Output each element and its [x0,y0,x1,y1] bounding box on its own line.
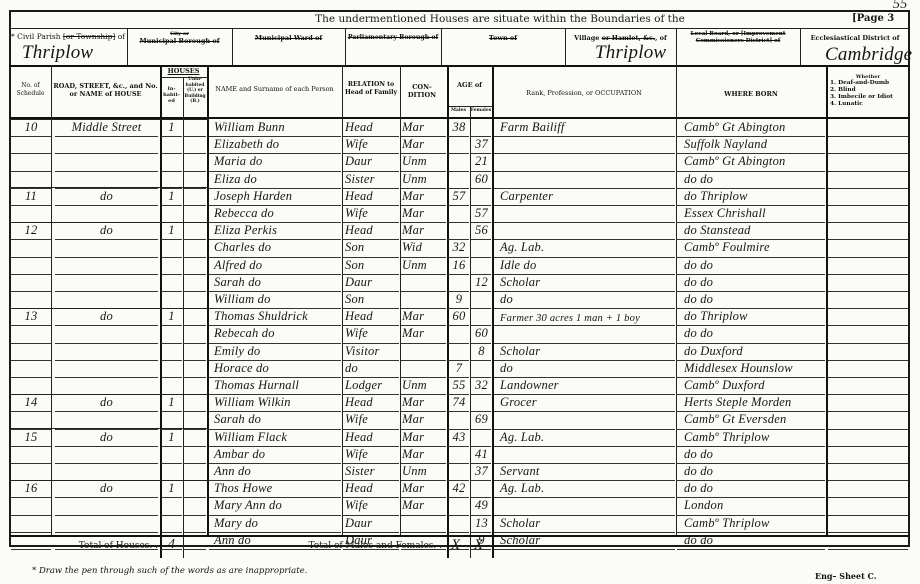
marital-condition: Unm [402,153,446,170]
person-name: Mary do [214,515,341,532]
houses-inhabited [161,515,182,532]
houses-inhabited: 1 [161,308,182,325]
marital-condition: Unm [402,257,446,274]
age-female: 8 [471,343,492,360]
age-female: 69 [471,411,492,428]
occupation: do [500,360,675,377]
person-name: Thomas Shuldrick [214,308,341,325]
houses-inhabited: 1 [161,429,182,446]
row-rule [828,325,908,326]
houses-inhabited [161,205,182,222]
age-female: 21 [471,153,492,170]
row-rule [184,463,206,464]
person-name: William Flack [214,429,341,446]
schedule-number [12,497,50,514]
col-header-road: ROAD, STREET, &c., and No. or NAME of HO… [51,82,160,98]
road-street: do [55,188,158,205]
where-born: do Stanstead [684,222,825,239]
age-female: 49 [471,497,492,514]
row-rule [828,171,908,172]
row-rule [184,515,206,516]
total-houses-value: 4 [168,537,175,553]
row-rule [677,549,825,550]
age-male: 57 [448,188,470,205]
person-name: Joseph Harden [214,188,341,205]
occupation [500,136,675,153]
road-street [55,291,158,308]
age-male: 32 [448,239,470,256]
relation-to-head: Daur [345,515,399,532]
houses-inhabited [161,463,182,480]
marital-condition: Unm [402,463,446,480]
schedule-number [12,274,50,291]
where-born: do do [684,480,825,497]
relation-to-head: Son [345,239,399,256]
age-male [448,171,470,188]
marital-condition [402,360,446,377]
where-born: Herts Steple Morden [684,394,825,411]
schedule-number [12,325,50,342]
schedule-number [12,446,50,463]
age-male: 42 [448,480,470,497]
age-male: 38 [448,119,470,136]
marital-condition [402,515,446,532]
age-male: 7 [448,360,470,377]
relation-to-head: Wife [345,136,399,153]
row-rule [828,153,908,154]
row-rule [184,343,206,344]
age-female: 32 [471,377,492,394]
row-rule [184,274,206,275]
occupation [500,153,675,170]
houses-inhabited [161,343,182,360]
road-street [55,274,158,291]
age-male: 74 [448,394,470,411]
schedule-number [12,291,50,308]
person-name: Alfred do [214,257,341,274]
where-born: Cambº Gt Eversden [684,411,825,428]
age-male [448,463,470,480]
road-street: Middle Street [55,119,158,136]
row-rule [828,532,908,533]
person-name: Mary Ann do [214,497,341,514]
age-male: 43 [448,429,470,446]
occupation: Ag. Lab. [500,429,675,446]
age-female [471,480,492,497]
marital-condition: Unm [402,171,446,188]
schedule-divider [9,428,209,429]
schedule-number [12,343,50,360]
row-rule [184,446,206,447]
schedule-number [12,205,50,222]
age-male [448,274,470,291]
where-born: Cambº Gt Abington [684,119,825,136]
person-name: Eliza do [214,171,341,188]
road-street: do [55,429,158,446]
marital-condition: Mar [402,325,446,342]
row-rule [828,463,908,464]
where-born: Cambº Thriplow [684,429,825,446]
schedule-divider [9,187,209,188]
civil-parish-value: Thriplow [22,42,93,64]
schedule-number: 11 [12,188,50,205]
age-male [448,515,470,532]
schedule-number: 16 [12,480,50,497]
schedule-number: 15 [12,429,50,446]
schedule-number: 14 [12,394,50,411]
person-name: Thos Howe [214,480,341,497]
schedule-divider [9,308,209,309]
schedule-number: 13 [12,308,50,325]
marital-condition: Mar [402,394,446,411]
person-name: Charles do [214,239,341,256]
age-female: 13 [471,515,492,532]
occupation [500,205,675,222]
where-born: Essex Chrishall [684,205,825,222]
marital-condition: Mar [402,136,446,153]
boundary-parliamentary-borough: Parliamentary Borough of [345,34,441,42]
schedule-number [12,153,50,170]
col-header-where-born: WHERE BORN [676,90,826,98]
schedule-number [12,360,50,377]
col-header-inhabited: In-habit-ed [160,86,183,104]
age-female [471,429,492,446]
col-header-name: NAME and Surname of each Person [207,85,342,93]
marital-condition: Mar [402,308,446,325]
person-name: Emily do [214,343,341,360]
road-street [55,239,158,256]
row-rule [184,239,206,240]
relation-to-head: Son [345,291,399,308]
houses-inhabited [161,360,182,377]
occupation [500,325,675,342]
row-rule [828,411,908,412]
where-born: do do [684,274,825,291]
occupation: Landowner [500,377,675,394]
schedule-number [12,171,50,188]
where-born: London [684,497,825,514]
age-female: 37 [471,136,492,153]
where-born: Middlesex Hounslow [684,360,825,377]
total-houses-label: Total of Houses. . [70,541,158,551]
houses-inhabited: 1 [161,222,182,239]
row-rule [828,394,908,395]
road-street: do [55,480,158,497]
marital-condition: Mar [402,411,446,428]
age-female: 57 [471,205,492,222]
sheet-label: Eng– Sheet C. [815,571,877,581]
row-rule [828,257,908,258]
col-header-age: AGE of [447,81,492,89]
road-street [55,463,158,480]
age-male [448,343,470,360]
boundary-local-board: Local Board, or [Improvement Commissione… [678,31,798,45]
houses-inhabited [161,171,182,188]
where-born: do Thriplow [684,188,825,205]
row-rule [828,274,908,275]
relation-to-head: Wife [345,497,399,514]
relation-to-head: Head [345,222,399,239]
occupation: Farm Bailiff [500,119,675,136]
where-born: do Duxford [684,343,825,360]
row-rule [184,325,206,326]
row-rule [828,497,908,498]
houses-inhabited [161,274,182,291]
schedule-divider [9,119,209,120]
page-label: [Page 3 [852,13,894,24]
person-name: Sarah do [214,411,341,428]
occupation [500,411,675,428]
road-street [55,411,158,428]
village-value: Thriplow [595,42,666,64]
col-header-females: Females [470,108,492,114]
person-name: William Bunn [214,119,341,136]
houses-inhabited [161,136,182,153]
age-female [471,308,492,325]
relation-to-head: Sister [345,171,399,188]
schedule-number: 10 [12,119,50,136]
row-rule [828,291,908,292]
boundary-town: Town of [441,34,565,42]
houses-inhabited [161,291,182,308]
age-male [448,222,470,239]
age-female: 12 [471,274,492,291]
relation-to-head: Wife [345,446,399,463]
row-rule [184,497,206,498]
where-born: Cambº Foulmire [684,239,825,256]
person-name: Elizabeth do [214,136,341,153]
row-rule [184,532,206,533]
age-male: 60 [448,308,470,325]
marital-condition [402,274,446,291]
col-header-schedule: No. of Schedule [10,82,51,98]
relation-to-head: Wife [345,205,399,222]
row-rule [828,136,908,137]
road-street: do [55,308,158,325]
person-name: Maria do [214,153,341,170]
row-rule [828,188,908,189]
row-rule [828,549,908,550]
road-street [55,360,158,377]
schedule-divider [9,222,209,223]
marital-condition: Mar [402,222,446,239]
marital-condition: Mar [402,497,446,514]
road-street [55,497,158,514]
age-male [448,205,470,222]
houses-inhabited [161,257,182,274]
row-rule [828,360,908,361]
row-rule [828,446,908,447]
where-born: do do [684,325,825,342]
road-street [55,171,158,188]
where-born: Cambº Gt Abington [684,153,825,170]
row-rule [184,171,206,172]
row-rule [11,549,51,550]
age-female [471,291,492,308]
road-street [55,153,158,170]
houses-inhabited: 1 [161,119,182,136]
relation-to-head: Head [345,429,399,446]
row-rule [184,377,206,378]
age-female: 60 [471,325,492,342]
row-rule [184,360,206,361]
person-name: Horace do [214,360,341,377]
row-rule [184,291,206,292]
relation-to-head: Head [345,119,399,136]
person-name: Thomas Hurnall [214,377,341,394]
relation-to-head: do [345,360,399,377]
road-street [55,377,158,394]
age-male [448,136,470,153]
where-born: do do [684,446,825,463]
total-persons-label: Total of Males and Females. . [280,541,442,551]
schedule-number [12,377,50,394]
houses-inhabited: 1 [161,188,182,205]
row-rule [828,480,908,481]
row-rule [828,515,908,516]
houses-inhabited [161,446,182,463]
schedule-number [12,257,50,274]
col-header-condition: CON-DITION [402,83,442,99]
marital-condition [402,343,446,360]
age-male: 9 [448,291,470,308]
relation-to-head: Lodger [345,377,399,394]
marital-condition: Unm [402,377,446,394]
col-header-occupation: Rank, Profession, or OCCUPATION [492,89,676,97]
houses-inhabited [161,325,182,342]
relation-to-head: Wife [345,411,399,428]
where-born: Cambº Duxford [684,377,825,394]
person-name: William do [214,291,341,308]
schedule-divider [9,394,209,395]
age-female [471,119,492,136]
road-street [55,257,158,274]
col-header-houses: HOUSES [160,67,207,75]
row-rule [494,549,675,550]
age-male [448,446,470,463]
occupation: Scholar [500,515,675,532]
col-header-uninhabited: Unin-habited (U.) or Building (B.) [183,77,207,105]
occupation: Idle do [500,257,675,274]
where-born: Suffolk Nayland [684,136,825,153]
where-born: do Thriplow [684,308,825,325]
road-street: do [55,222,158,239]
marital-condition: Mar [402,446,446,463]
age-female [471,360,492,377]
relation-to-head: Daur [345,153,399,170]
age-female: 60 [471,171,492,188]
relation-to-head: Wife [345,325,399,342]
road-street [55,136,158,153]
schedule-number [12,136,50,153]
relation-to-head: Head [345,480,399,497]
col-header-relation: RELATION to Head of Family [342,81,400,97]
row-rule [184,411,206,412]
age-male: 16 [448,257,470,274]
total-males-value: X [451,537,460,554]
person-name: William Wilkin [214,394,341,411]
age-female [471,394,492,411]
road-street [55,343,158,360]
row-rule [828,343,908,344]
form-title: The undermentioned Houses are situate wi… [250,13,750,25]
houses-inhabited: 1 [161,480,182,497]
ecclesiastical-value: Cambridge [825,44,912,66]
marital-condition: Mar [402,429,446,446]
occupation: Ag. Lab. [500,239,675,256]
occupation: Scholar [500,343,675,360]
marital-condition: Mar [402,188,446,205]
occupation [500,446,675,463]
col-header-males: Males [447,108,470,114]
where-born: do do [684,257,825,274]
footnote: * Draw the pen through such of the words… [32,566,307,576]
occupation: Scholar [500,274,675,291]
person-name: Rebecca do [214,205,341,222]
marital-condition: Mar [402,480,446,497]
row-rule [184,257,206,258]
age-female: 56 [471,222,492,239]
relation-to-head: Head [345,394,399,411]
road-street: do [55,394,158,411]
age-male [448,325,470,342]
age-male [448,153,470,170]
age-female [471,239,492,256]
row-rule [184,136,206,137]
marital-condition: Mar [402,119,446,136]
road-street [55,205,158,222]
occupation: Carpenter [500,188,675,205]
marital-condition: Wid [402,239,446,256]
road-street [55,325,158,342]
relation-to-head: Head [345,308,399,325]
relation-to-head: Son [345,257,399,274]
schedule-number: 12 [12,222,50,239]
age-female: 41 [471,446,492,463]
houses-inhabited [161,497,182,514]
where-born: Cambº Thriplow [684,515,825,532]
row-rule [828,222,908,223]
occupation: Servant [500,463,675,480]
occupation: Ag. Lab. [500,480,675,497]
person-name: Sarah do [214,274,341,291]
age-female [471,257,492,274]
age-male [448,411,470,428]
age-female [471,188,492,205]
row-rule [828,308,908,309]
occupation [500,222,675,239]
relation-to-head: Daur [345,274,399,291]
road-street [55,515,158,532]
row-rule [184,549,206,550]
houses-inhabited [161,153,182,170]
occupation: Farmer 30 acres 1 man + 1 boy [500,308,675,325]
schedule-number [12,411,50,428]
road-street [55,446,158,463]
person-name: Ann do [214,463,341,480]
age-male [448,497,470,514]
where-born: do do [684,463,825,480]
row-rule [828,377,908,378]
person-name: Eliza Perkis [214,222,341,239]
age-female: 37 [471,463,492,480]
person-name: Rebecah do [214,325,341,342]
person-name: Ambar do [214,446,341,463]
occupation: Grocer [500,394,675,411]
relation-to-head: Visitor [345,343,399,360]
row-rule [828,429,908,430]
row-rule [828,239,908,240]
